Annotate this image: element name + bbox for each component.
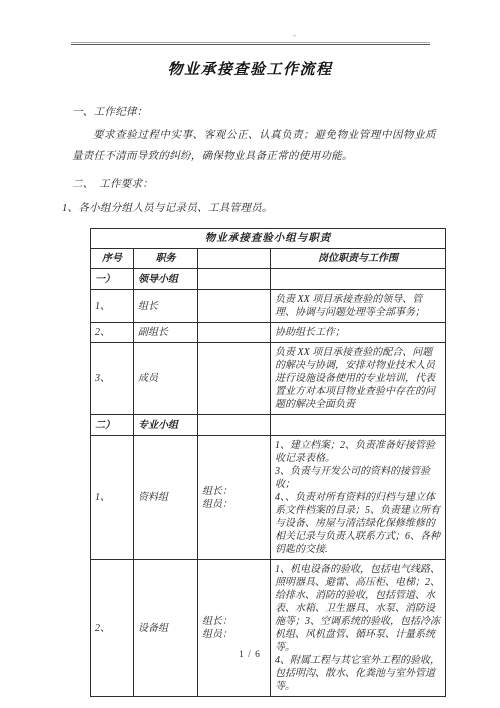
cell-no: 一） xyxy=(91,269,134,290)
cell-no: 1、 xyxy=(91,290,134,323)
cell-members xyxy=(198,323,271,343)
cell-duty: 协助组长工作； xyxy=(271,323,446,343)
header-rule xyxy=(71,42,430,45)
cell-duty xyxy=(271,415,446,436)
page-title: 物业承接查验工作流程 xyxy=(0,58,500,79)
cell-role: 资料组 xyxy=(134,436,198,560)
page-number-footer: 1 / 6 xyxy=(0,650,500,660)
cell-role: 专业小组 xyxy=(134,415,198,436)
document-page: - 物业承接查验工作流程 一、工作纪律： 要求查验过程中实事、客观公正、认真负责… xyxy=(0,0,500,708)
cell-members xyxy=(198,290,271,323)
table-row: 1、组长负责 XX 项目承接查验的领导、管理、协调与问题处理等全部事务； xyxy=(91,290,446,323)
cell-members: 组长： 组员： xyxy=(198,560,271,697)
cell-members xyxy=(198,343,271,415)
cell-duty xyxy=(271,269,446,290)
cell-role: 领导小组 xyxy=(134,269,198,290)
document-content: 物业承接查验工作流程 一、工作纪律： 要求查验过程中实事、客观公正、认真负责；避… xyxy=(0,58,500,697)
section-1-body: 要求查验过程中实事、客观公正、认真负责；避免物业管理中因物业质量责任不清而导致的… xyxy=(72,126,436,167)
section-2-item: 1、各小组分组人员与记录员、工具管理员。 xyxy=(62,200,444,215)
cell-no: 3、 xyxy=(91,343,134,415)
cell-role: 成员 xyxy=(134,343,198,415)
cell-duty: 1、建立档案；2、负责准备好接管验收记录表格。 3、负责与开发公司的资料的接管验… xyxy=(271,436,446,560)
cell-role: 设备组 xyxy=(134,560,198,697)
section-2-heading: 二、 工作要求： xyxy=(72,176,436,191)
table-row: 一）领导小组 xyxy=(91,269,446,290)
section-1-heading: 一、工作纪律： xyxy=(72,104,436,119)
col-header-members xyxy=(198,249,271,269)
header-mark: - xyxy=(293,30,296,40)
cell-no: 2、 xyxy=(91,560,134,697)
cell-duty: 负责 XX 项目承接查验的领导、管理、协调与问题处理等全部事务； xyxy=(271,290,446,323)
cell-members: 组长： 组员： xyxy=(198,436,271,560)
cell-duty: 1、机电设备的验收，包括电气线路、照明器具、避雷、高压柜、电梯；2、给排水、消防… xyxy=(271,560,446,697)
table-row: 2、设备组组长： 组员：1、机电设备的验收，包括电气线路、照明器具、避雷、高压柜… xyxy=(91,560,446,697)
col-header-no: 序号 xyxy=(91,249,134,269)
cell-no: 二） xyxy=(91,415,134,436)
col-header-role: 职务 xyxy=(134,249,198,269)
table-row: 3、成员负责 XX 项目承接查验的配合、问题的解决与协调，安排对物业技术人员进行… xyxy=(91,343,446,415)
table-body: 一）领导小组1、组长负责 XX 项目承接查验的领导、管理、协调与问题处理等全部事… xyxy=(91,269,446,697)
cell-role: 副组长 xyxy=(134,323,198,343)
table-title: 物业承接查验小组与职责 xyxy=(91,229,446,249)
table-header-row: 序号 职务 岗位职责与工作围 xyxy=(91,249,446,269)
table-row: 2、副组长协助组长工作； xyxy=(91,323,446,343)
cell-members xyxy=(198,415,271,436)
cell-role: 组长 xyxy=(134,290,198,323)
inspection-team-table: 物业承接查验小组与职责 序号 职务 岗位职责与工作围 一）领导小组1、组长负责 … xyxy=(90,228,446,697)
col-header-duty: 岗位职责与工作围 xyxy=(271,249,446,269)
table-row: 二）专业小组 xyxy=(91,415,446,436)
cell-members xyxy=(198,269,271,290)
table-title-row: 物业承接查验小组与职责 xyxy=(91,229,446,249)
cell-no: 1、 xyxy=(91,436,134,560)
table-row: 1、资料组组长： 组员：1、建立档案；2、负责准备好接管验收记录表格。 3、负责… xyxy=(91,436,446,560)
cell-duty: 负责 XX 项目承接查验的配合、问题的解决与协调，安排对物业技术人员进行设施设备… xyxy=(271,343,446,415)
cell-no: 2、 xyxy=(91,323,134,343)
